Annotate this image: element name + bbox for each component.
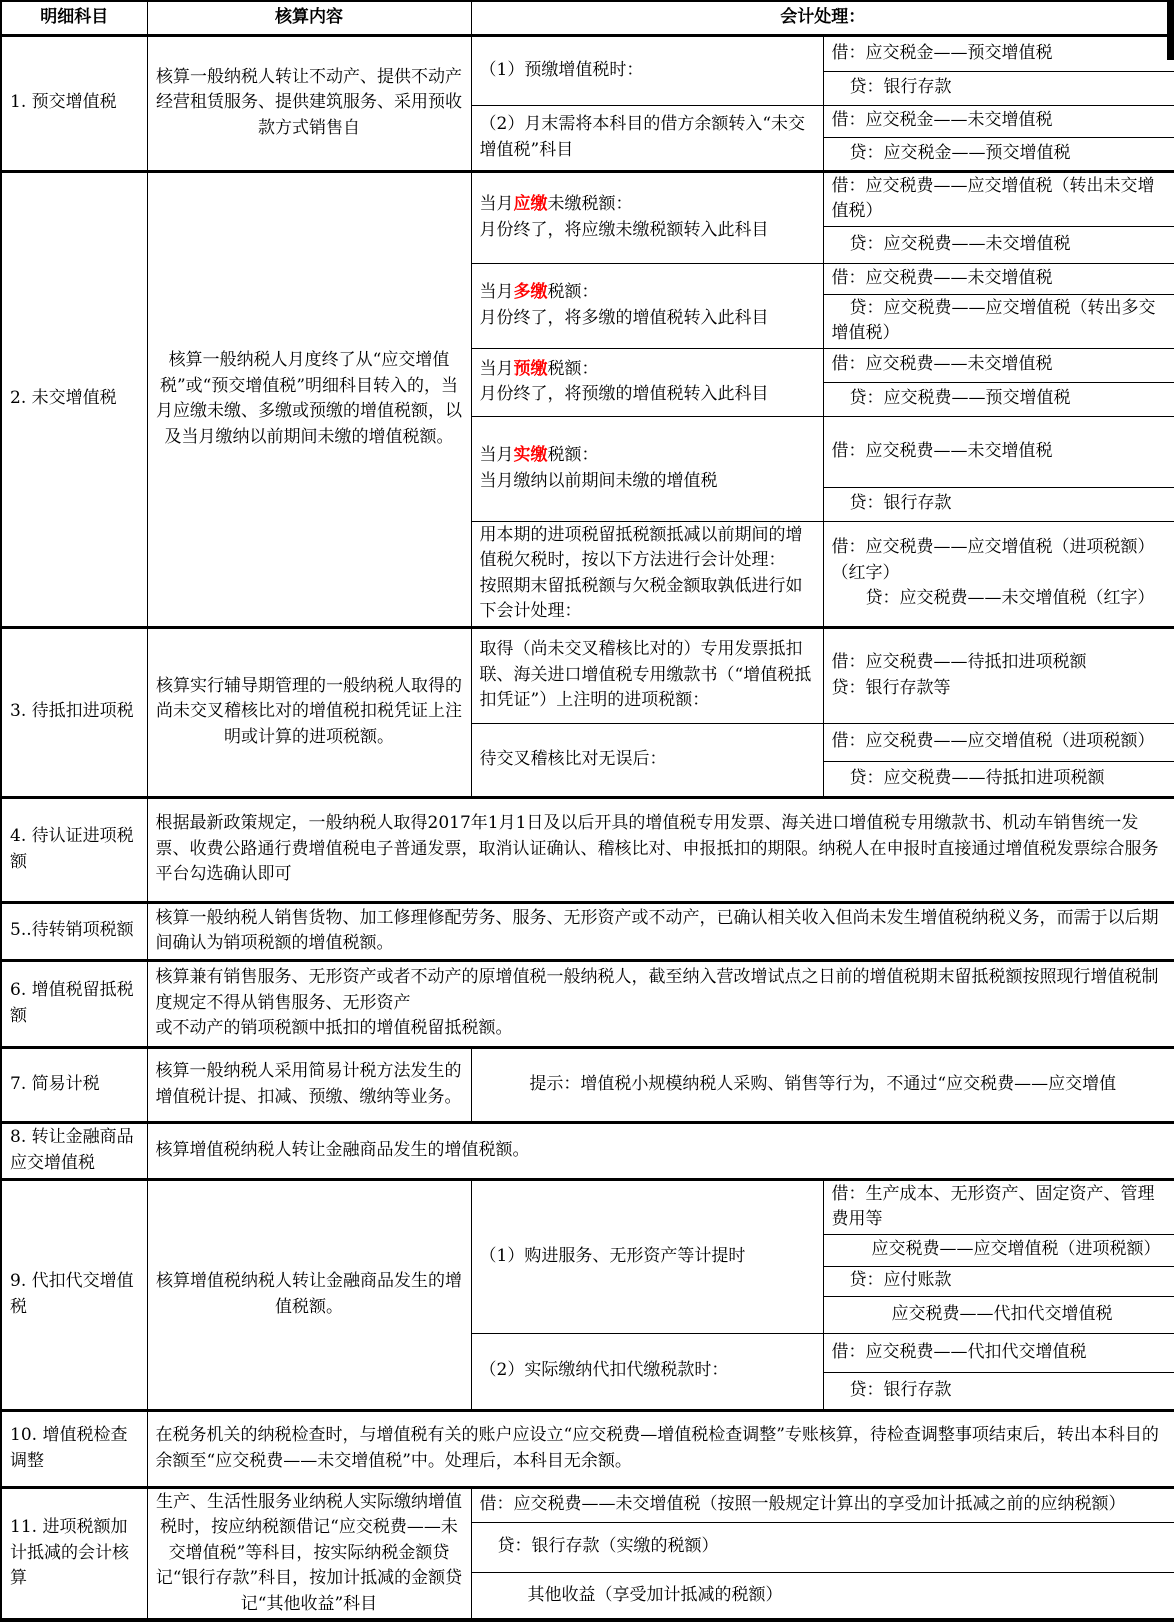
- entry-combined-cell: 借：应交税费——待抵扣进项税额 贷：银行存款等: [823, 627, 1174, 723]
- entry-debit-cell: 借：应交税费——未交增值税（按照一般规定计算出的享受加计抵减之前的应纳税额）: [471, 1487, 1174, 1522]
- case-cell: （1）购进服务、无形资产等计提时: [471, 1179, 823, 1333]
- case-text: 当月: [480, 282, 514, 302]
- entry-debit-cell: 借：应交税费——应交增值税（进项税额）: [823, 723, 1174, 761]
- right-edge-bar: [1167, 0, 1174, 60]
- row-11-additional-deduction-accounting: 11. 进项税额加计抵减的会计核算 生产、生活性服务业纳税人实际缴纳增值税时，按…: [1, 1487, 1174, 1620]
- content-cell: 核算增值税纳税人转让金融商品发生的增值税额。: [147, 1122, 1174, 1179]
- row-10-vat-inspection-adjustment: 10. 增值税检查调整 在税务机关的纳税检查时，与增值税有关的账户应设立“应交税…: [1, 1410, 1174, 1487]
- entry-credit-cell: 贷：应交税费——待抵扣进项税额: [823, 761, 1174, 797]
- entry-debit-cell: 借：应交税金——未交增值税: [823, 105, 1174, 137]
- subject-cell: 8. 转让金融商品应交增值税: [1, 1122, 147, 1179]
- content-cell: 核算实行辅导期管理的一般纳税人取得的尚未交叉稽核比对的增值税扣税凭证上注明或计算…: [147, 627, 471, 797]
- entry-debit-cell: 借：生产成本、无形资产、固定资产、管理费用等: [823, 1179, 1174, 1234]
- case-cell: 待交叉稽核比对无误后：: [471, 723, 823, 797]
- entry-sub-cell: 其他收益（享受加计抵减的税额）: [471, 1572, 1174, 1620]
- subject-cell: 1. 预交增值税: [1, 35, 147, 171]
- row-6-vat-retained-credit: 6. 增值税留抵税额 核算兼有销售服务、无形资产或者不动产的原增值税一般纳税人，…: [1, 960, 1174, 1047]
- content-cell: 核算一般纳税人销售货物、加工修理修配劳务、服务、无形资产或不动产，已确认相关收入…: [147, 902, 1174, 960]
- highlight-red: 应缴: [514, 194, 548, 214]
- content-cell: 核算一般纳税人采用简易计税方法发生的增值税计提、扣减、预缴、缴纳等业务。: [147, 1047, 471, 1122]
- entry-credit-cell: 贷：银行存款（实缴的税额）: [471, 1522, 1174, 1572]
- row-2-unpaid-vat: 2. 未交增值税 核算一般纳税人月度终了从“应交增值税”或“预交增值税”明细科目…: [1, 171, 1174, 627]
- entry-credit-cell: 贷：应付账款: [823, 1266, 1174, 1296]
- subject-cell: 2. 未交增值税: [1, 171, 147, 627]
- subject-cell: 7. 简易计税: [1, 1047, 147, 1122]
- subject-cell: 4. 待认证进项税额: [1, 797, 147, 902]
- case-cell: 取得（尚未交叉稽核比对的）专用发票抵扣联、海关进口增值税专用缴款书（“增值税抵扣…: [471, 627, 823, 723]
- subject-cell: 9. 代扣代交增值税: [1, 1179, 147, 1410]
- entry-credit-cell: 贷：应交税费——预交增值税: [823, 382, 1174, 416]
- entry-debit-cell: 借：应交税费——代扣代交增值税: [823, 1333, 1174, 1372]
- case-cell: （2）月末需将本科目的借方余额转入“未交增值税”科目: [471, 105, 823, 171]
- entry-credit-cell: 贷：应交税费——未交增值税: [823, 226, 1174, 263]
- subject-cell: 3. 待抵扣进项税: [1, 627, 147, 797]
- row-5-output-vat-to-be-transferred: 5..待转销项税额 核算一般纳税人销售货物、加工修理修配劳务、服务、无形资产或不…: [1, 902, 1174, 960]
- row-1-prepaid-vat: 1. 预交增值税 核算一般纳税人转让不动产、提供不动产经营租赁服务、提供建筑服务…: [1, 35, 1174, 171]
- entry-sub-cell: 应交税费——应交增值税（进项税额）: [823, 1234, 1174, 1266]
- case-text: 当月: [480, 194, 514, 214]
- header-subject: 明细科目: [1, 1, 147, 35]
- entry-combined-cell: 借：应交税费——应交增值税（进项税额）（红字） 贷：应交税费——未交增值税（红字…: [823, 521, 1174, 627]
- case-cell: 用本期的进项税留抵税额抵减以前期间的增值税欠税时，按以下方法进行会计处理： 按照…: [471, 521, 823, 627]
- content-cell: 核算一般纳税人转让不动产、提供不动产经营租赁服务、提供建筑服务、采用预收款方式销…: [147, 35, 471, 171]
- subject-cell: 5..待转销项税额: [1, 902, 147, 960]
- row-3-input-vat-to-be-deducted: 3. 待抵扣进项税 核算实行辅导期管理的一般纳税人取得的尚未交叉稽核比对的增值税…: [1, 627, 1174, 797]
- entry-debit-cell: 借：应交税金——预交增值税: [823, 35, 1174, 71]
- entry-debit-cell: 借：应交税费——未交增值税: [823, 263, 1174, 294]
- highlight-red: 预缴: [514, 359, 548, 379]
- entry-debit-cell: 借：应交税费——未交增值税: [823, 416, 1174, 487]
- vat-detail-subjects-table: 明细科目 核算内容 会计处理： 1. 预交增值税 核算一般纳税人转让不动产、提供…: [0, 0, 1174, 1622]
- case-cell: 当月多缴税额： 月份终了，将多缴的增值税转入此科目: [471, 263, 823, 348]
- content-cell: 核算一般纳税人月度终了从“应交增值税”或“预交增值税”明细科目转入的，当月应缴未…: [147, 171, 471, 627]
- highlight-red: 多缴: [514, 282, 548, 302]
- header-content: 核算内容: [147, 1, 471, 35]
- entry-sub-cell: 应交税费——代扣代交增值税: [823, 1296, 1174, 1333]
- content-cell: 在税务机关的纳税检查时，与增值税有关的账户应设立“应交税费—增值税检查调整”专账…: [147, 1410, 1174, 1487]
- content-cell: 根据最新政策规定，一般纳税人取得2017年1月1日及以后开具的增值税专用发票、海…: [147, 797, 1174, 902]
- entry-credit-cell: 贷：银行存款: [823, 487, 1174, 521]
- subject-cell: 10. 增值税检查调整: [1, 1410, 147, 1487]
- note-cell: 提示：增值税小规模纳税人采购、销售等行为，不通过“应交税费——应交增值: [471, 1047, 1174, 1122]
- entry-credit-cell: 贷：应交税费——应交增值税（转出多交增值税）: [823, 294, 1174, 348]
- case-cell: 当月实缴税额： 当月缴纳以前期间未缴的增值税: [471, 416, 823, 521]
- subject-cell: 11. 进项税额加计抵减的会计核算: [1, 1487, 147, 1620]
- content-cell: 生产、生活性服务业纳税人实际缴纳增值税时，按应纳税额借记“应交税费——未交增值税…: [147, 1487, 471, 1620]
- highlight-red: 实缴: [514, 445, 548, 465]
- subject-cell: 6. 增值税留抵税额: [1, 960, 147, 1047]
- entry-credit-cell: 贷：银行存款: [823, 1372, 1174, 1410]
- row-9-withheld-vat: 9. 代扣代交增值税 核算增值税纳税人转让金融商品发生的增值税额。 （1）购进服…: [1, 1179, 1174, 1410]
- document-page: 明细科目 核算内容 会计处理： 1. 预交增值税 核算一般纳税人转让不动产、提供…: [0, 0, 1174, 1622]
- entry-debit-cell: 借：应交税费——应交增值税（转出未交增值税）: [823, 171, 1174, 226]
- row-4-input-vat-to-be-certified: 4. 待认证进项税额 根据最新政策规定，一般纳税人取得2017年1月1日及以后开…: [1, 797, 1174, 902]
- content-cell: 核算增值税纳税人转让金融商品发生的增值税额。: [147, 1179, 471, 1410]
- row-7-simple-taxation: 7. 简易计税 核算一般纳税人采用简易计税方法发生的增值税计提、扣减、预缴、缴纳…: [1, 1047, 1174, 1122]
- case-text: 当月: [480, 445, 514, 465]
- table-header: 明细科目 核算内容 会计处理：: [1, 1, 1174, 35]
- entry-credit-cell: 贷：银行存款: [823, 71, 1174, 105]
- case-cell: （2）实际缴纳代扣代缴税款时：: [471, 1333, 823, 1410]
- row-8-vat-on-financial-products-transfer: 8. 转让金融商品应交增值税 核算增值税纳税人转让金融商品发生的增值税额。: [1, 1122, 1174, 1179]
- content-cell: 核算兼有销售服务、无形资产或者不动产的原增值税一般纳税人，截至纳入营改增试点之日…: [147, 960, 1174, 1047]
- case-text: 当月: [480, 359, 514, 379]
- entry-credit-cell: 贷：应交税金——预交增值税: [823, 137, 1174, 171]
- case-cell: 当月应缴未缴税额： 月份终了，将应缴未缴税额转入此科目: [471, 171, 823, 263]
- case-cell: （1）预缴增值税时：: [471, 35, 823, 105]
- entry-debit-cell: 借：应交税费——未交增值税: [823, 348, 1174, 382]
- case-cell: 当月预缴税额： 月份终了，将预缴的增值税转入此科目: [471, 348, 823, 416]
- header-treatment: 会计处理：: [471, 1, 1174, 35]
